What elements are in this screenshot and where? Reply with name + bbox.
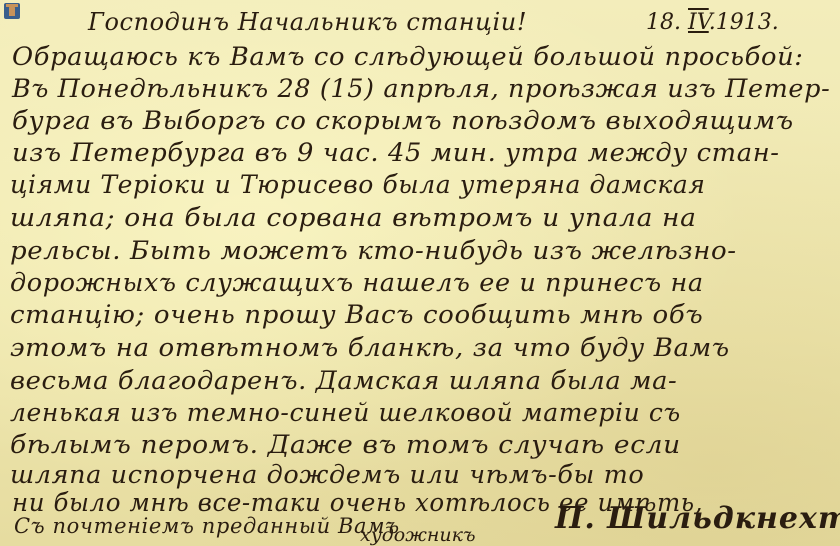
letter-line-6: шляпа; она была сорвана вѣтромъ и упала … [10, 205, 697, 230]
letter-line-5: цiями Терiоки и Тюрисево была утеряна да… [10, 172, 706, 197]
letter-line-14: шляпа испорчена дождемъ или чѣмъ-бы то [10, 462, 644, 487]
date-year: .1913. [709, 10, 779, 35]
letter-line-1: Обращаюсь къ Вамъ со слѣдующей большой п… [12, 44, 804, 69]
closing-title: художникъ [360, 526, 476, 545]
letter-line-16: Съ почтенiемъ преданный Вамъ [14, 516, 400, 537]
letter-line-11: весьма благодаренъ. Дамская шляпа была м… [10, 368, 677, 393]
date-day: 18. [646, 10, 681, 35]
letter-line-3: бурга въ Выборгъ со скорымъ поѣздомъ вых… [12, 108, 794, 133]
letter-line-7: рельсы. Быть можетъ кто-нибудь изъ желѣз… [10, 238, 737, 263]
letter-line-2: Въ Понедѣльникъ 28 (15) апрѣля, проѣзжая… [12, 76, 830, 101]
date-month: IV [688, 10, 709, 35]
salutation: Господинъ Начальникъ станцiи! [88, 10, 527, 34]
letter-line-13: бѣлымъ перомъ. Даже въ томъ случаѣ если [10, 432, 681, 457]
letter-date: 18. IV.1913. [646, 12, 779, 34]
letter-line-12: ленькая изъ темно-синей шелковой матерiи… [10, 400, 681, 425]
signature: П. Шильдкнехтъ [555, 504, 840, 534]
archive-watermark-icon [4, 3, 20, 19]
letter-line-4: изъ Петербурга въ 9 час. 45 мин. утра ме… [12, 140, 780, 165]
letter-line-10: этомъ на отвѣтномъ бланкѣ, за что буду В… [10, 335, 730, 360]
letter-page: Господинъ Начальникъ станцiи! 18. IV.191… [0, 0, 840, 546]
letter-line-9: станцiю; очень прошу Васъ сообщить мнѣ о… [10, 302, 703, 327]
letter-line-8: дорожныхъ служащихъ нашелъ ее и принесъ … [10, 270, 704, 295]
